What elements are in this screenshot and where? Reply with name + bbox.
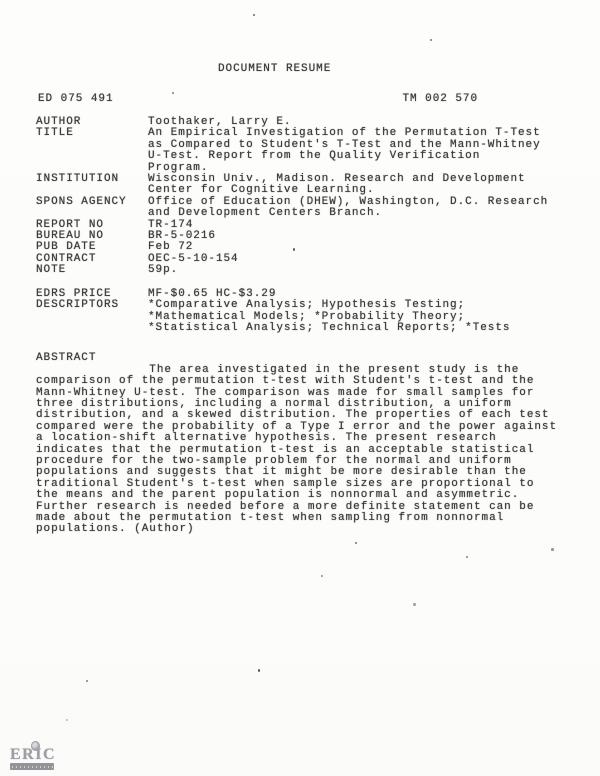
field-row-spons-agency: SPONS AGENCY Office of Education (DHEW),… bbox=[36, 197, 592, 220]
scan-speck bbox=[293, 248, 295, 251]
document-resume-heading: DOCUMENT RESUME bbox=[218, 64, 331, 75]
field-row-bureau-no: BUREAU NO BR-5-0216 bbox=[36, 231, 592, 242]
field-row-descriptors: DESCRIPTORS *Comparative Analysis; Hypot… bbox=[36, 300, 592, 334]
scan-speck bbox=[321, 575, 323, 577]
scan-speck bbox=[172, 92, 174, 94]
scan-text-layer: DOCUMENT RESUME ED 075 491 TM 002 570 AU… bbox=[0, 0, 600, 776]
field-row-title: TITLE An Empirical Investigation of the … bbox=[36, 128, 592, 174]
abstract-paragraph: The area investigated in the present stu… bbox=[36, 365, 592, 536]
field-row-report-no: REPORT NO TR-174 bbox=[36, 220, 592, 231]
field-value: *Comparative Analysis; Hypothesis Testin… bbox=[148, 300, 510, 334]
ed-number: ED 075 491 bbox=[38, 94, 114, 105]
scan-speck bbox=[551, 548, 554, 551]
scan-speck bbox=[66, 719, 68, 721]
field-row-institution: INSTITUTION Wisconsin Univ., Madison. Re… bbox=[36, 174, 592, 197]
field-label: DESCRIPTORS bbox=[36, 300, 148, 311]
eric-logo-bar bbox=[10, 763, 54, 770]
scan-speck bbox=[430, 39, 432, 41]
scan-speck bbox=[355, 542, 357, 544]
field-row-note: NOTE 59p. bbox=[36, 265, 592, 276]
scanned-document-page: DOCUMENT RESUME ED 075 491 TM 002 570 AU… bbox=[0, 0, 600, 776]
scan-speck bbox=[258, 669, 260, 672]
eric-logo-text: ERIC bbox=[10, 747, 58, 762]
field-label: SPONS AGENCY bbox=[36, 197, 148, 208]
field-value: 59p. bbox=[148, 265, 178, 276]
field-row-pub-date: PUB DATE Feb 72 bbox=[36, 242, 592, 253]
field-label: TITLE bbox=[36, 128, 148, 139]
field-row-contract: CONTRACT OEC-5-10-154 bbox=[36, 254, 592, 265]
field-label: INSTITUTION bbox=[36, 174, 148, 185]
field-value: Office of Education (DHEW), Washington, … bbox=[148, 197, 548, 220]
scan-speck bbox=[413, 603, 416, 606]
scan-speck bbox=[466, 556, 468, 558]
scan-speck bbox=[253, 14, 255, 16]
resume-body: AUTHOR Toothaker, Larry E. TITLE An Empi… bbox=[36, 117, 592, 536]
tm-number: TM 002 570 bbox=[402, 94, 478, 105]
scan-speck bbox=[86, 680, 88, 682]
abstract-heading: ABSTRACT bbox=[36, 353, 592, 364]
field-value: Wisconsin Univ., Madison. Research and D… bbox=[148, 174, 526, 197]
eric-logo: ERIC bbox=[10, 741, 58, 770]
pricing-descriptor-block: EDRS PRICE MF-$0.65 HC-$3.29 DESCRIPTORS… bbox=[36, 289, 592, 335]
id-row: ED 075 491 TM 002 570 bbox=[38, 94, 478, 105]
field-label: NOTE bbox=[36, 265, 148, 276]
field-value: An Empirical Investigation of the Permut… bbox=[148, 128, 541, 174]
